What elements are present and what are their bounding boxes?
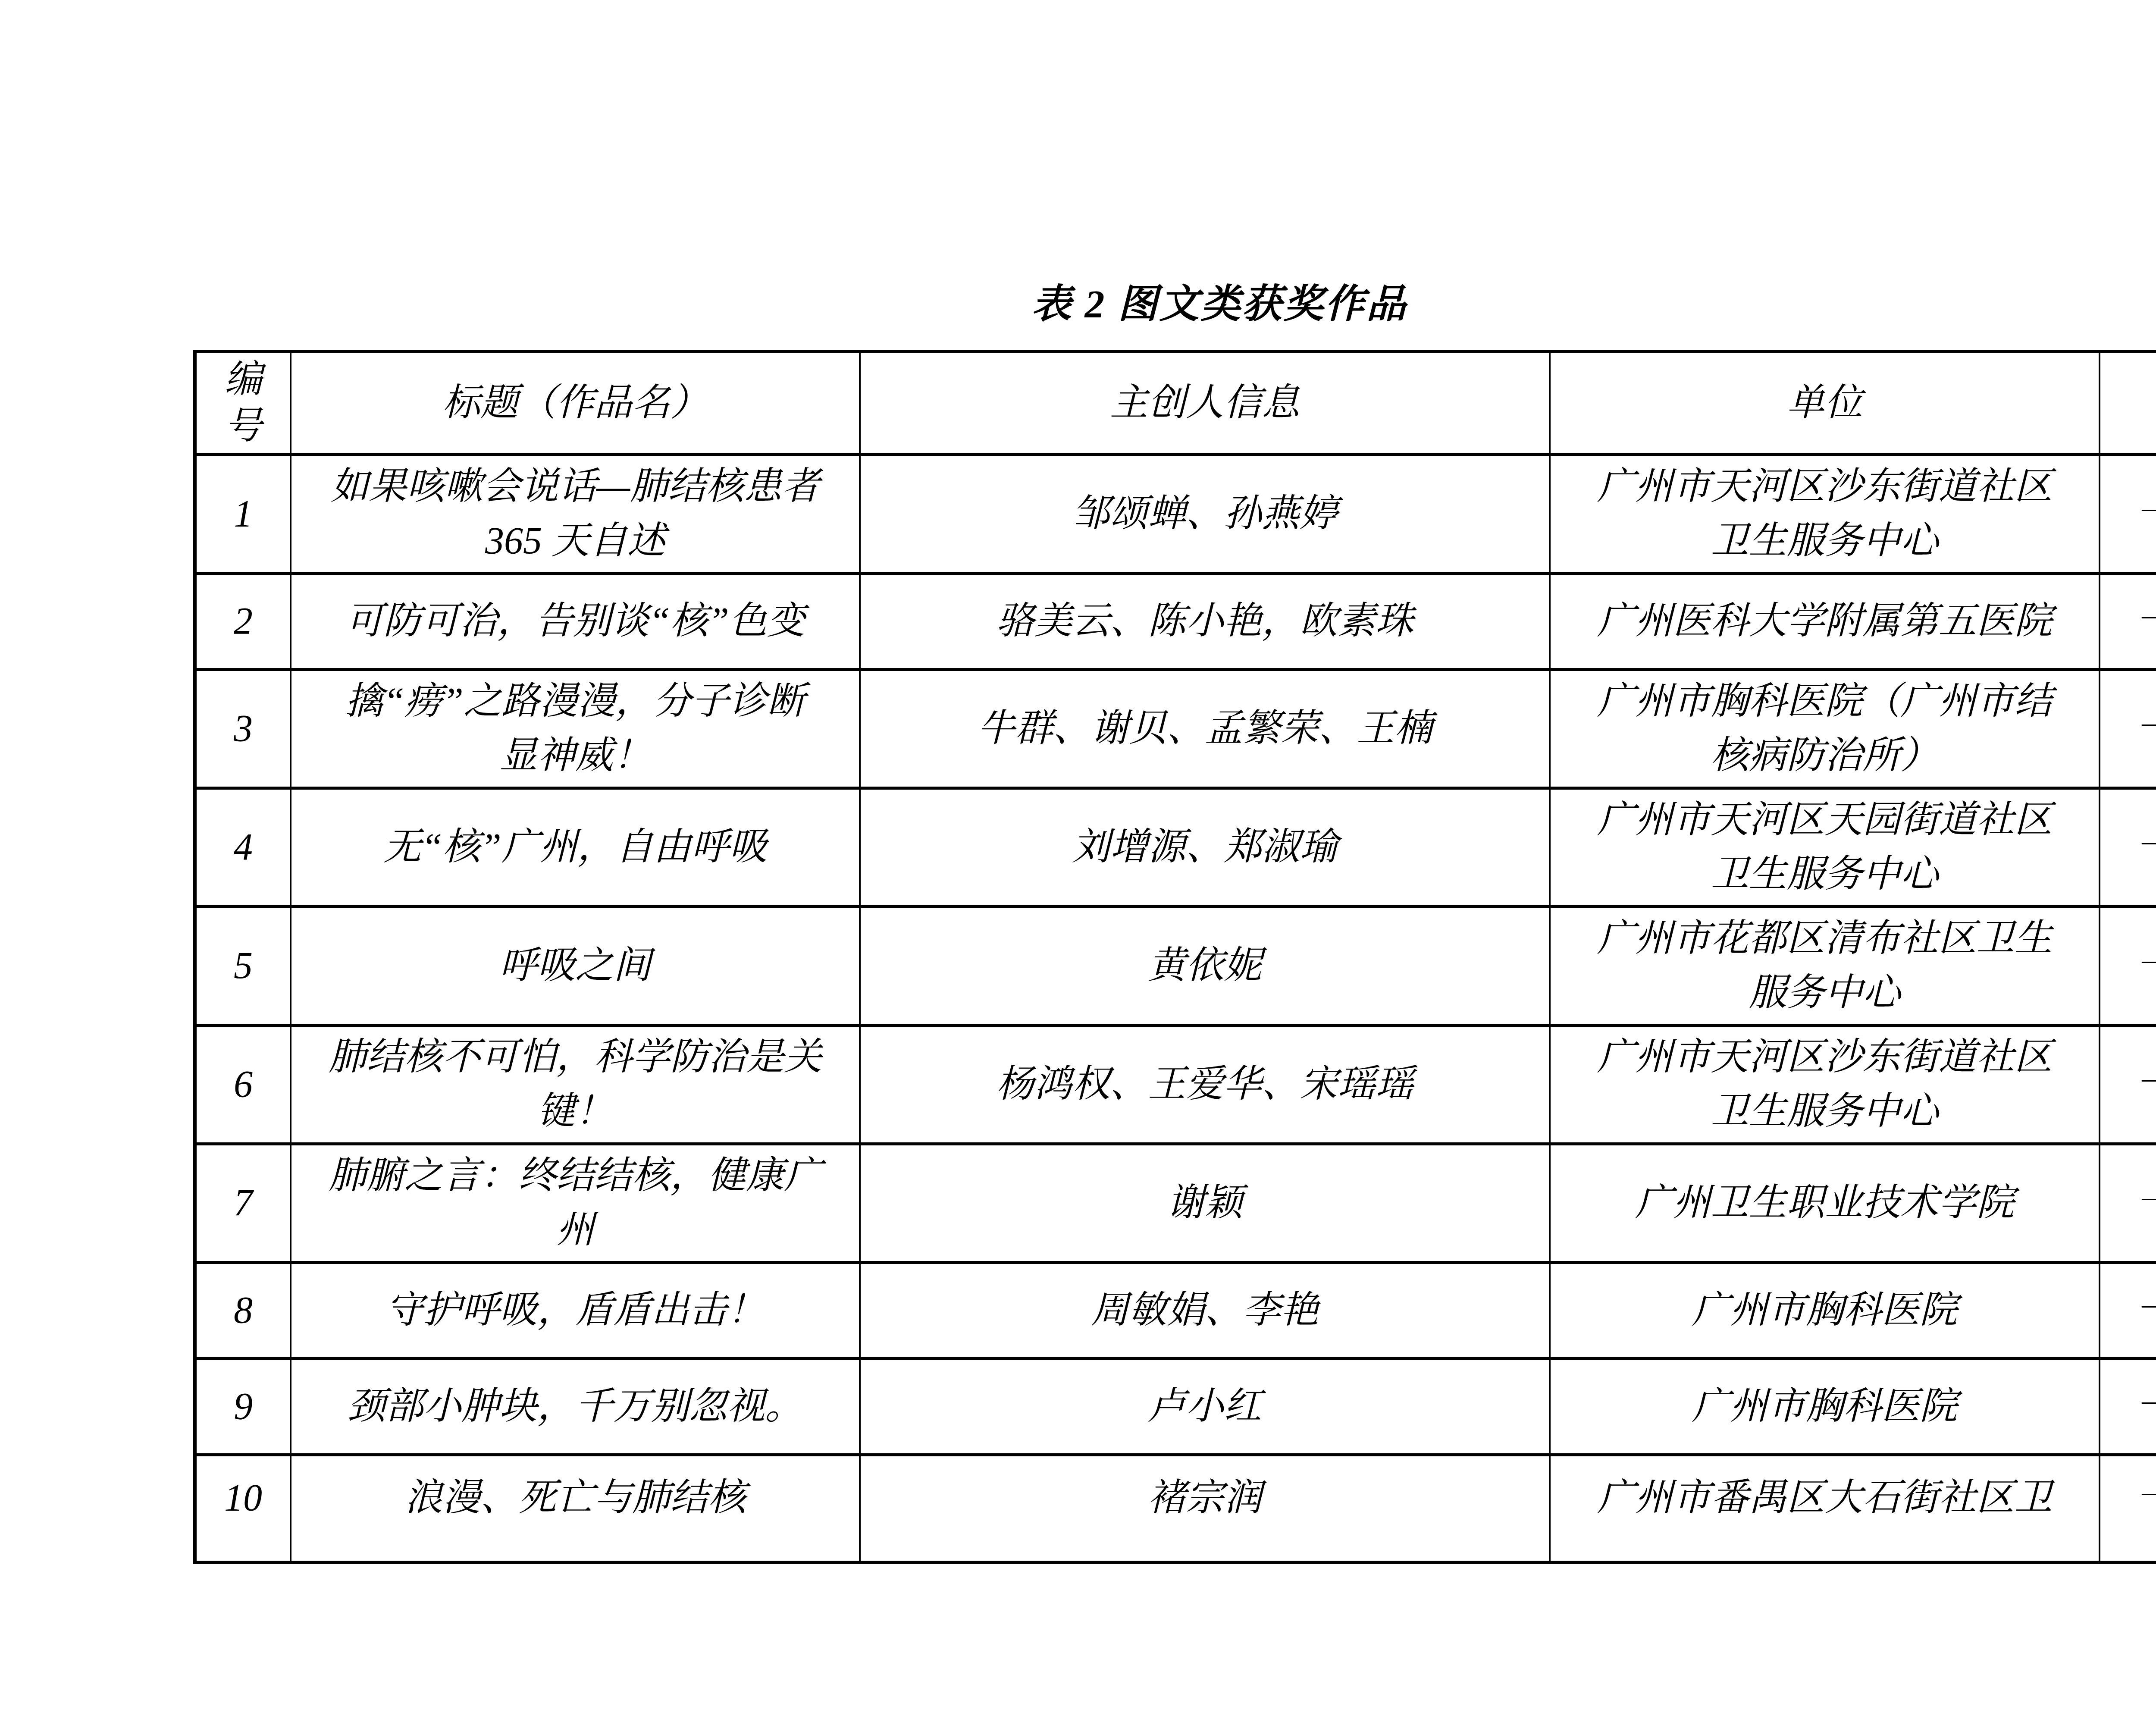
- header-cell-title: 标题（作品名）: [291, 351, 860, 455]
- table-row: 7 肺腑之言：终结结核，健康广 州 谢颖 广州卫生职业技术学院 一等奖: [195, 1144, 2156, 1263]
- table-row: 3 擒“痨”之路漫漫，分子诊断 显神威！ 牛群、谢贝、孟繁荣、王楠 广州市胸科医…: [195, 670, 2156, 788]
- cell-rank: 一等奖: [2100, 574, 2156, 670]
- table-row: 10 浪漫、死亡与肺结核 褚宗润 广州市番禺区大石街社区卫 一等奖: [195, 1455, 2156, 1563]
- cell-rank: 一等奖: [2100, 670, 2156, 788]
- cell-rank: 一等奖: [2100, 907, 2156, 1026]
- cell-creators: 牛群、谢贝、孟繁荣、王楠: [860, 670, 1550, 788]
- cell-creators: 黄依妮: [860, 907, 1550, 1026]
- cell-work-title: 守护呼吸，盾盾出击！: [291, 1263, 860, 1359]
- cell-row-number: 2: [195, 574, 291, 670]
- cell-row-number: 9: [195, 1359, 291, 1455]
- cell-row-number: 8: [195, 1263, 291, 1359]
- cell-unit: 广州市胸科医院: [1550, 1263, 2100, 1359]
- cell-work-title: 擒“痨”之路漫漫，分子诊断 显神威！: [291, 670, 860, 788]
- cell-rank: 一等奖: [2100, 1263, 2156, 1359]
- awards-table: 编 号 标题（作品名） 主创人信息 单位 名次 1 如果咳嗽会说话—肺结核患者 …: [193, 350, 2156, 1564]
- header-cell-unit: 单位: [1550, 351, 2100, 455]
- cell-creators: 骆美云、陈小艳，欧素珠: [860, 574, 1550, 670]
- table-body: 1 如果咳嗽会说话—肺结核患者 365 天自述 邹颂蝉、孙燕婷 广州市天河区沙东…: [195, 455, 2156, 1563]
- cell-unit: 广州市番禺区大石街社区卫: [1550, 1455, 2100, 1563]
- header-cell-creators: 主创人信息: [860, 351, 1550, 455]
- cell-row-number: 4: [195, 788, 291, 907]
- cell-row-number: 1: [195, 455, 291, 574]
- cell-work-title: 无“核”广州，自由呼吸: [291, 788, 860, 907]
- cell-unit: 广州市胸科医院（广州市结 核病防治所）: [1550, 670, 2100, 788]
- table-row: 1 如果咳嗽会说话—肺结核患者 365 天自述 邹颂蝉、孙燕婷 广州市天河区沙东…: [195, 455, 2156, 574]
- table-caption: 表 2 图文类获奖作品: [0, 0, 2156, 330]
- cell-rank: 一等奖: [2100, 455, 2156, 574]
- header-cell-no: 编 号: [195, 351, 291, 455]
- cell-creators: 卢小红: [860, 1359, 1550, 1455]
- cell-rank: 一等奖: [2100, 1359, 2156, 1455]
- cell-creators: 刘增源、郑淑瑜: [860, 788, 1550, 907]
- table-row: 4 无“核”广州，自由呼吸 刘增源、郑淑瑜 广州市天河区天园街道社区 卫生服务中…: [195, 788, 2156, 907]
- cell-work-title: 颈部小肿块，千万别忽视。: [291, 1359, 860, 1455]
- document-page: 表 2 图文类获奖作品 编 号 标题（作品名） 主创人信息 单位 名次 1 如果…: [0, 0, 2156, 1725]
- cell-unit: 广州市天河区沙东街道社区 卫生服务中心: [1550, 1026, 2100, 1144]
- cell-unit: 广州医科大学附属第五医院: [1550, 574, 2100, 670]
- cell-rank: 一等奖: [2100, 1026, 2156, 1144]
- cell-creators: 周敏娟、李艳: [860, 1263, 1550, 1359]
- table-row: 9 颈部小肿块，千万别忽视。 卢小红 广州市胸科医院 一等奖: [195, 1359, 2156, 1455]
- table-row: 2 可防可治，告别谈“核”色变 骆美云、陈小艳，欧素珠 广州医科大学附属第五医院…: [195, 574, 2156, 670]
- cell-unit: 广州市胸科医院: [1550, 1359, 2100, 1455]
- cell-work-title: 如果咳嗽会说话—肺结核患者 365 天自述: [291, 455, 860, 574]
- table-row: 8 守护呼吸，盾盾出击！ 周敏娟、李艳 广州市胸科医院 一等奖: [195, 1263, 2156, 1359]
- cell-rank: 一等奖: [2100, 1455, 2156, 1563]
- cell-row-number: 7: [195, 1144, 291, 1263]
- cell-unit: 广州市天河区沙东街道社区 卫生服务中心: [1550, 455, 2100, 574]
- cell-unit: 广州市天河区天园街道社区 卫生服务中心: [1550, 788, 2100, 907]
- header-row: 编 号 标题（作品名） 主创人信息 单位 名次: [195, 351, 2156, 455]
- cell-row-number: 3: [195, 670, 291, 788]
- cell-creators: 谢颖: [860, 1144, 1550, 1263]
- table-row: 6 肺结核不可怕，科学防治是关 键！ 杨鸿权、王爱华、宋瑶瑶 广州市天河区沙东街…: [195, 1026, 2156, 1144]
- cell-work-title: 浪漫、死亡与肺结核: [291, 1455, 860, 1563]
- cell-creators: 褚宗润: [860, 1455, 1550, 1563]
- cell-work-title: 肺结核不可怕，科学防治是关 键！: [291, 1026, 860, 1144]
- cell-creators: 杨鸿权、王爱华、宋瑶瑶: [860, 1026, 1550, 1144]
- cell-work-title: 肺腑之言：终结结核，健康广 州: [291, 1144, 860, 1263]
- cell-work-title: 呼吸之间: [291, 907, 860, 1026]
- cell-row-number: 5: [195, 907, 291, 1026]
- cell-rank: 一等奖: [2100, 788, 2156, 907]
- cell-row-number: 10: [195, 1455, 291, 1563]
- cell-work-title: 可防可治，告别谈“核”色变: [291, 574, 860, 670]
- header-cell-rank: 名次: [2100, 351, 2156, 455]
- table-header: 编 号 标题（作品名） 主创人信息 单位 名次: [195, 351, 2156, 455]
- cell-rank: 一等奖: [2100, 1144, 2156, 1263]
- cell-creators: 邹颂蝉、孙燕婷: [860, 455, 1550, 574]
- cell-row-number: 6: [195, 1026, 291, 1144]
- cell-unit: 广州市花都区清布社区卫生 服务中心: [1550, 907, 2100, 1026]
- table-row: 5 呼吸之间 黄依妮 广州市花都区清布社区卫生 服务中心 一等奖: [195, 907, 2156, 1026]
- cell-unit: 广州卫生职业技术学院: [1550, 1144, 2100, 1263]
